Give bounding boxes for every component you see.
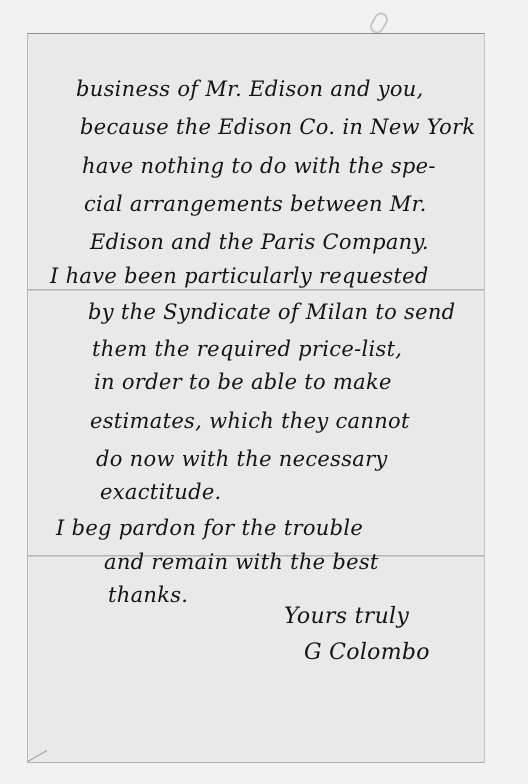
letter-line: because the Edison Co. in New York (80, 117, 475, 138)
closing: Yours truly (284, 606, 409, 628)
signature: G Colombo (304, 642, 430, 664)
letter-line: estimates, which they cannot (90, 411, 410, 432)
letter-line: business of Mr. Edison and you, (76, 79, 424, 100)
letter-line: have nothing to do with the spe- (82, 156, 436, 177)
letter-line: I have been particularly requested (50, 266, 429, 287)
letter-line: them the required price-list, (92, 339, 402, 360)
letter-line: and remain with the best (104, 552, 379, 573)
page-corner (28, 750, 48, 762)
letter-line: thanks. (108, 585, 188, 606)
letter-line: in order to be able to make (94, 372, 392, 393)
letter-page: business of Mr. Edison and you, because … (27, 33, 485, 763)
document-viewer: business of Mr. Edison and you, because … (0, 0, 528, 784)
fold-crease (28, 289, 484, 291)
letter-line: cial arrangements between Mr. (84, 194, 427, 215)
letter-line: Edison and the Paris Company. (90, 232, 429, 253)
letter-line: by the Syndicate of Milan to send (88, 302, 455, 323)
letter-line: I beg pardon for the trouble (56, 518, 363, 539)
letter-line: do now with the necessary (96, 449, 388, 470)
letter-line: exactitude. (100, 482, 222, 503)
